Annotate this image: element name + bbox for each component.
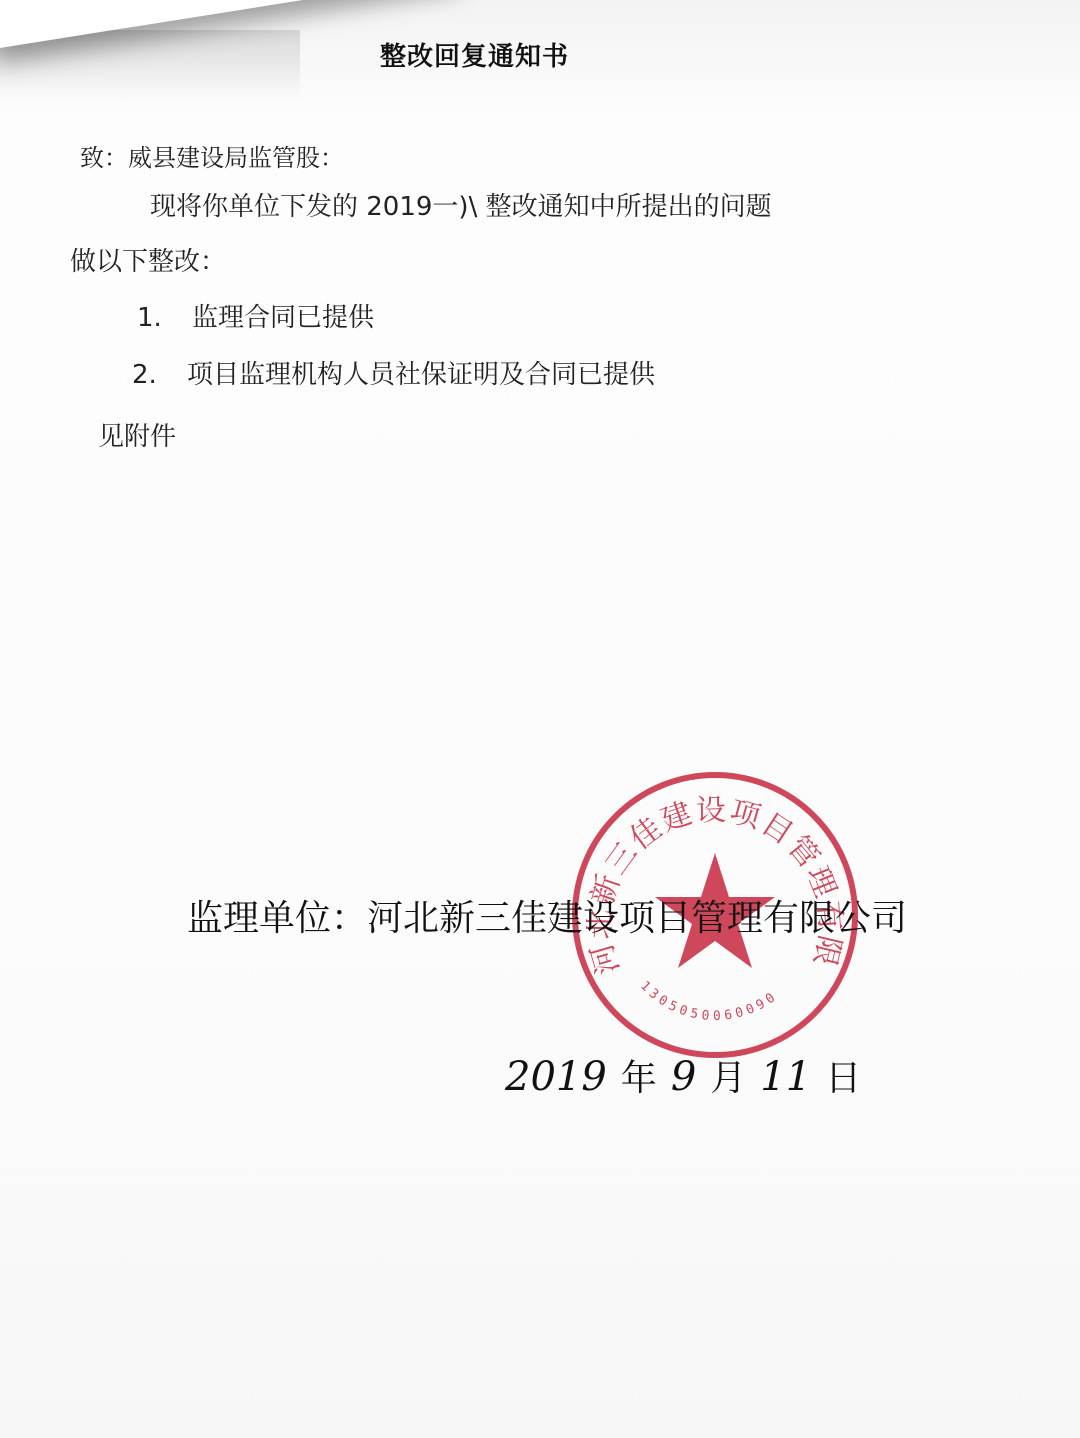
- list-item: 2.项目监理机构人员社保证明及合同已提供: [132, 354, 655, 391]
- attachment-note: 见附件: [98, 416, 176, 453]
- svg-text:1305050060090: 1305050060090: [637, 979, 781, 1025]
- date-month: 9: [671, 1054, 696, 1100]
- date-year: 2019: [505, 1054, 607, 1100]
- list-item-text: 项目监理机构人员社保证明及合同已提供: [187, 360, 655, 390]
- stamp-code: 1305050060090: [637, 979, 781, 1025]
- document-title: 整改回复通知书: [380, 36, 569, 73]
- addressee-line: 致：威县建设局监管股：: [80, 138, 344, 173]
- date-day-label: 日: [825, 1058, 861, 1099]
- body-paragraph-line-1: 现将你单位下发的 2019一)\ 整改通知中所提出的问题: [150, 186, 772, 223]
- list-item-number: 2.: [132, 360, 187, 390]
- body-paragraph-line-2: 做以下整改：: [70, 241, 226, 278]
- list-item: 1.监理合同已提供: [137, 297, 374, 334]
- date-month-label: 月: [710, 1058, 746, 1099]
- date-year-label: 年: [621, 1058, 657, 1099]
- list-item-number: 1.: [137, 303, 192, 333]
- signature-date: 2019年9月11日: [505, 1050, 875, 1101]
- list-item-text: 监理合同已提供: [192, 303, 374, 333]
- date-day: 11: [760, 1054, 811, 1100]
- signer-line: 监理单位：河北新三佳建设项目管理有限公司: [187, 890, 907, 941]
